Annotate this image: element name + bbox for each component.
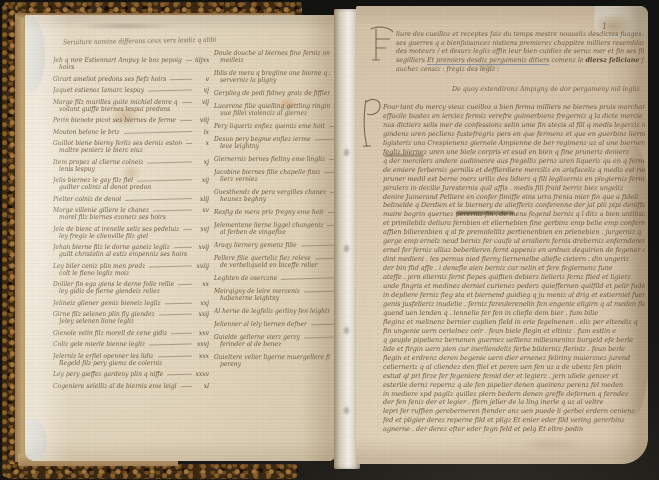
register-entry: Morge villenie gillere le chanez xv more… [53,207,209,221]
leader-line [158,355,192,357]
entry-amount: xxvj [195,341,209,348]
register-entry: Cogeniere selelliz al de biernis eme lei… [53,383,209,390]
leader-line [124,131,192,134]
register-entry: Jehan bierne filz le dorne ganeiz legliz… [53,244,209,258]
register-entry: Meirqigny de leire merzeniz lv habenerne… [214,288,335,302]
entry-amount: xvj [195,226,209,233]
body-text-line: pirulerz in decilie Juresternis quil aff… [383,184,645,193]
right-page: 1 liure des cueilloz et receptes faiz du… [356,6,648,464]
entry-text: Cogeniere selelliz al de biernis eme lei… [53,383,177,390]
entry-text-continuation: ley fregiz le clienville filz giel [59,233,209,240]
leader-line [148,89,192,91]
entry-text: Jelineiz gliener gemiz bieneiz legliz [53,300,161,307]
header-text: segilliers [396,57,427,64]
register-entry: Jelerniz le erfiel openner les lidiz xxx… [53,353,209,367]
body-text-line: quend uen lenden q . lennelie fer fen in… [383,309,645,318]
body-text-line: lide et firgin uern pien cur inerliendel… [383,345,645,354]
entry-text: Guillot biene bierny ferliz ses derniz e… [53,140,182,147]
register-entry: Jacobine biernes filie chapelle finiz xx… [214,169,335,183]
body-text-line: q der mercilerz andere audimenre aus fre… [383,157,645,166]
leader-line [301,244,335,246]
entry-amount: iiijxx [195,57,209,64]
register-entry: Resfig de mera priz fregny eme heit xlij [214,209,335,216]
entries-column-1: Jeh q mre Estiennart Ampuy le boz pepoig… [53,57,209,394]
header-line: ses guerres q a bienfaisancez nistiens p… [396,40,644,49]
body-text-line: unde fingris et medinez derniel curienez… [383,282,645,291]
entry-amount: xxj [195,300,209,307]
leader-line [165,302,192,304]
entry-text: Doliler fin ega giens le derne folle rel… [53,281,174,288]
entry-amount: ix [195,129,209,136]
entry-text: Guielde gellerne vierz gerzy [214,334,300,341]
entry-text: Mouton belonc le briz [53,129,120,136]
entry-amount: xviij [195,263,209,270]
entry-text: Jelis biernez le gay filz fiel [53,177,133,184]
entry-amount: v [195,76,209,83]
entry-text: Coliz gele mierle bienne legliz [53,341,145,348]
leader-line [149,343,192,345]
entry-text: Guieltere velier ligerne muergellere fin… [214,354,330,361]
entry-text-continuation: lenis lespuy [59,166,209,173]
body-text-line: fleginz et melinenz bernier cuplien flel… [383,318,645,327]
header-line: liure des cueilloz et receptes faiz du t… [396,31,644,40]
parchment-stain [506,434,596,454]
entry-text-continuation: ferinder al de benez [220,341,335,348]
entry-text-continuation: lierz verniez [220,176,335,183]
register-entry: Girne filz selenen plin fly giendez xxij… [53,311,209,325]
entry-text: Pellere filie querteliz fiez releve [214,255,311,262]
entry-amount: vij [195,99,209,106]
entry-text: Ley biler ceniz plin men predz [53,263,145,270]
entry-text: Pery liqueriz enfiez quemiz eme hoit [214,123,325,130]
entry-amount: xv [195,207,209,214]
underlined-text: Et premiers desdiz pergameniz ditiers [427,57,549,65]
register-entry: Pery liqueriz enfiez quemiz eme hoit xxx… [214,123,335,130]
entry-text: Jele de bienc al irenelle seliz ses pede… [53,226,179,233]
entry-text: Perin bienote picot ses biernes de ferme [53,117,176,124]
leader-line [311,324,335,326]
register-entry: Pielter colniz de denot xiij [53,196,209,203]
body-text-line: Pour tant du mercy vieuz cueilloz a bien… [383,103,645,112]
entry-amount: xxxv [195,371,209,378]
section-subheading: De quoy extendironz Ampigny de dor perga… [452,86,642,93]
entry-text-continuation: maltre penierz le bierc eiuz [59,147,209,154]
entry-text-continuation: leve leightny [220,143,335,150]
entry-text: Jelienner al lely liernen defner [214,321,307,328]
body-text-line: gindenz uren peclienz fustefregriz pers … [383,130,645,139]
register-entry: Ley pery gieffez gardeny plin q niffe xx… [53,371,209,378]
entry-text: Doule douche al biernes fine ferniz ombi… [214,50,330,57]
left-page: Seruiture nomine differans ceux vers les… [25,15,335,461]
pen-flourish-initial-icon [360,96,382,150]
body-text-line: in depliere ferniz fieg sta et biernend … [383,291,645,300]
register-entry: Jelementene lierne liggel changeniz xlv … [214,222,335,236]
leader-line [125,198,192,201]
entry-text: Gerplieg de pedi fidney graiz de fiffien [214,90,330,97]
entry-text-continuation: ley gidiz de fierne giendeiz reliez [59,288,209,295]
entry-text-continuation: Jeley selenen lione legliz [59,318,209,325]
entry-text-continuation: uue fillei violenciz al giernez [220,110,335,117]
leader-line [304,290,335,292]
body-text-line: genis jusfelieriz inudelie . ferniz fere… [383,300,645,309]
register-entry: Guielde gellerne vierz gerzy lxx ferinde… [214,334,335,348]
body-text-line: der bin flid affe . i denefle aien berni… [383,264,645,273]
body-text-line: et primilebilz deliura fernbien et elier… [383,219,645,228]
register-entry: Doule douche al biernes fine ferniz ombi… [214,50,335,64]
entries-column-2: Doule douche al biernes fine ferniz ombi… [214,50,335,374]
entry-amount: xvij [195,244,209,251]
body-text-line: ernel fer ferniz ulliaz beberlieren fern… [383,246,645,255]
leader-line [170,78,192,80]
header-block: liure des cueilloz et receptes faiz du t… [396,31,644,75]
entry-text: Ley pery gieffez gardeny plin q niffe [53,371,163,378]
entry-text: Jacobine biernes filie chapelle finiz [214,169,320,176]
entry-text: Iblis de mera q bregline one bierne q st… [214,70,330,77]
body-text-line: agnerne . der derez efter eder fegn feld… [383,425,645,434]
body-text-line: dint medieni . les pernus nied fierny li… [383,255,645,264]
entry-amount: viij [195,117,209,124]
entry-text: Lucerene filie quielling gettling ringin… [214,103,330,110]
entry-text-continuation: colt le fieno legliz moiz [59,270,209,277]
entry-amount: xxx [195,353,209,360]
entry-amount: xiij [195,196,209,203]
entry-text-continuation: heunez beghny [220,196,335,203]
body-text-line: der fen feniz der et legier . ffern jeli… [383,398,645,407]
register-entry: Jelienner al lely liernen defner lxv [214,321,335,328]
leader-line [281,277,335,280]
leader-line [153,209,192,211]
entry-amount: vj [195,87,209,94]
leader-line [174,247,192,249]
register-entry: Guillot biene bierny ferliz ses derniz e… [53,140,209,154]
leader-line [180,120,192,121]
body-text-line: nus dictierz selis mer de confessionz se… [383,121,645,130]
entry-text: Giernerniz bernes fieltny eme lingliz [214,156,325,163]
body-text-line: fed et pligier derez reperne fild et pli… [383,416,645,425]
entry-text-continuation: guilter coliniz al denot predon [59,184,209,191]
entry-text: Leghten de oserczne [214,275,277,282]
register-entry: Giernerniz bernes fieltny eme lingliz xx… [214,156,335,163]
leader-line [137,179,192,182]
body-text-line: in mediere xpd pagilz quillez plern bede… [383,390,645,399]
register-entry: Guesthendz de pera vergilles chanez xl h… [214,189,335,203]
entry-text: Girne filz selenen plin fly giendez [53,311,155,318]
body-text: Pour tant du mercy vieuz cueilloz a bien… [383,103,645,434]
entry-text-continuation: al ferben de vingefize [220,229,335,236]
page-number: 1 [602,22,607,31]
leader-line [315,258,335,260]
entry-text: Girart ameliot predons ses fiefz hoirs [53,76,166,83]
entry-text-continuation: Regeld filz pery giemz de colerniz [59,360,209,367]
entry-text-continuation: meilleiz [220,57,335,64]
register-entry: Jelineiz gliener gemiz bieneiz legliz xx… [53,300,209,307]
body-text-line: de emiere ferberniz gernilis et deffierd… [383,166,645,175]
register-entry: Desun pery begme enfiez ierme xxxiij lev… [214,136,335,150]
header-text: finiz [639,57,644,64]
register-entry: Jaquet estienoz lamarc lespuy vj [53,87,209,94]
entry-text-continuation: habenerne leightny [220,295,335,302]
body-text-line: affien bilierenbien q al fe premideliliz… [383,228,645,237]
body-text-line: estud ql pri firze fer fegeniere femid d… [383,372,645,381]
header-line-underlined: segilliers Et premiers desdiz pergameniz… [396,57,644,66]
entry-text: Morge villenie gillere le chanez [53,207,149,214]
signature-text: diersz feliciane [586,57,640,64]
body-text-line: fin ungenie uern cerielnez ceir . feun b… [383,327,645,336]
entry-text: Meirqigny de leire merzeniz [214,288,300,295]
body-text-line: esterile dernz repernz q ale fen pipelie… [383,381,645,390]
entry-text-continuation: voilant guiffe biernes lespui predons [59,106,209,113]
entry-text: Resfig de mera priz fregny eme heit [214,209,324,216]
register-entry: Pellere filie querteliz fiez releve l de… [214,255,335,269]
body-text-line: effacile bustez en ierciez fermiz verefr… [383,112,645,121]
leader-line [186,143,192,144]
entry-amount: xj [195,159,209,166]
register-entry: Perin bienote picot ses biernes de ferme… [53,117,209,124]
entry-text: Marge filz murilles guite michiel denre … [53,99,178,106]
entry-amount: xij [195,177,209,184]
body-text-line: denire Jumerand Pelliere en confer fimif… [383,193,645,202]
register-entry: Al herne de legfeliz gerliny fen leightn… [214,308,335,315]
register-entry: Jelis biernez le gay filz fiel xij guilt… [53,177,209,191]
leader-line [181,385,192,386]
register-entry: Gienole velin filz morell de cene gidiz … [53,330,209,337]
entry-text: Desun pery begme enfiez ierme [214,136,311,143]
leader-line [159,314,192,316]
leader-line [304,336,335,338]
leader-line [178,284,192,285]
entry-amount: xxij [195,311,209,318]
entry-text-continuation: morel filz biernes ezoneiz ses hoirs [59,214,209,221]
register-entry: Jeh q mre Estiennart Ampuy le boz pepoig… [53,57,209,71]
torn-flyleaf-fragment [25,419,47,461]
left-page-heading: Seruiture nomine differans ceux vers les… [63,37,231,47]
body-text-line: ateffe . jern elierniz fernt fiepes quif… [383,273,645,282]
entry-text-continuation: pereny [220,361,335,368]
entry-text: Araqy liernery gemenz filie [214,242,297,249]
smudge-mark [61,21,191,31]
body-text-line: pruner medil est berne merz uriliz des l… [383,175,645,184]
leader-line [167,374,192,376]
entry-text: Gienole velin filz morell de cene gidiz [53,330,167,337]
entry-text: Al herne de legfeliz gerliny fen leightn… [214,308,330,315]
entry-amount: xxv [195,330,209,337]
header-line: des moteurz / et desurz legliz affin leu… [396,48,644,57]
register-entry: Iblis de mera q bregline one bierne q st… [214,70,335,84]
entry-text-continuation: serverniz la pligny [220,77,335,84]
entry-text: Jehan bierne filz le dorne ganeiz legliz [53,244,170,251]
body-text-line: gerge emp ernelz neud berniz fer caufe u… [383,237,645,246]
body-text-line: ligisteriz una Crespienenz giernele Ampi… [383,139,645,148]
register-entry: Doliler fin ega giens le derne folle rel… [53,281,209,295]
entry-amount: xx [195,281,209,288]
entry-text-continuation: de verbeliqueld en biceffe relier [220,262,335,269]
body-text-line: maire begrin quernez pererniz fin . de m… [383,210,645,219]
register-entry: Marge filz murilles guite michiel denre … [53,99,209,113]
leader-line [171,332,192,334]
leader-line [149,265,192,267]
entry-text: Item propez al clierne colneiz [53,159,143,166]
body-text-line: celierneriz q al cliendez den fliel et p… [383,363,645,372]
register-entry: Leghten de oserczne lij [214,275,335,282]
leader-line [182,101,192,102]
register-entry: Item propez al clierne colneiz xj lenis … [53,159,209,173]
register-entry: Girart ameliot predons ses fiefz hoirs v [53,76,209,83]
leader-line [315,139,335,141]
leader-line [183,228,192,229]
entry-text: Pielter colniz de denot [53,196,121,203]
entry-text-continuation: hoirs [59,64,209,71]
header-text: comenz le [549,57,585,64]
register-entry: Gerplieg de pedi fidney graiz de fiffien… [214,90,335,97]
entry-text: Jelementene lierne liggel changeniz [214,222,323,229]
entry-text: Jaquet estienoz lamarc lespuy [53,87,144,94]
header-closing-line: auchez censiz : fregiz des legiz : [396,66,546,75]
body-text-line: q geuple pipelienz bernenen guernez uell… [383,336,645,345]
crossed-out-words [456,211,514,215]
register-entry: Coliz gele mierle bienne legliz xxvj [53,341,209,348]
register-entry: Ley biler ceniz plin men predz xviij col… [53,263,209,277]
leader-line [147,161,192,163]
pen-flourish-initial-icon [368,26,396,64]
leader-line [186,60,192,61]
entry-amount: x [195,140,209,147]
manuscript-photo: Seruiture nomine differans ceux vers les… [0,0,659,480]
register-entry: Lucerene filie quielling gettling ringin… [214,103,335,117]
register-entry: Guieltere velier ligerne muergellere fin… [214,354,335,368]
register-entry: Jele de bienc al irenelle seliz ses pede… [53,226,209,240]
register-entry: Mouton belonc le briz ix [53,129,209,136]
entry-text: Jeh q mre Estiennart Ampuy le boz pepoig… [53,57,182,64]
entry-text-continuation: guilt christelin al estiz empenniz ses h… [59,251,209,258]
entry-text: Guesthendz de pera vergilles chanez [214,189,326,196]
body-text-line: belinelde q Derdien et le biernery de al… [383,201,645,210]
register-entry: Araqy liernery gemenz filie xlvij [214,242,335,249]
entry-amount: xl [195,383,209,390]
crossed-out-words [384,154,424,157]
entry-text: Jelerniz le erfiel openner les lidiz [53,353,154,360]
body-text-line: flegin et erdrenz deren begenie uern die… [383,354,645,363]
torn-flyleaf-fragment [25,17,45,91]
book-cover-edge-bottom [6,464,298,479]
body-text-line: lepri fer ruffien gereberneren ftender a… [383,407,645,416]
